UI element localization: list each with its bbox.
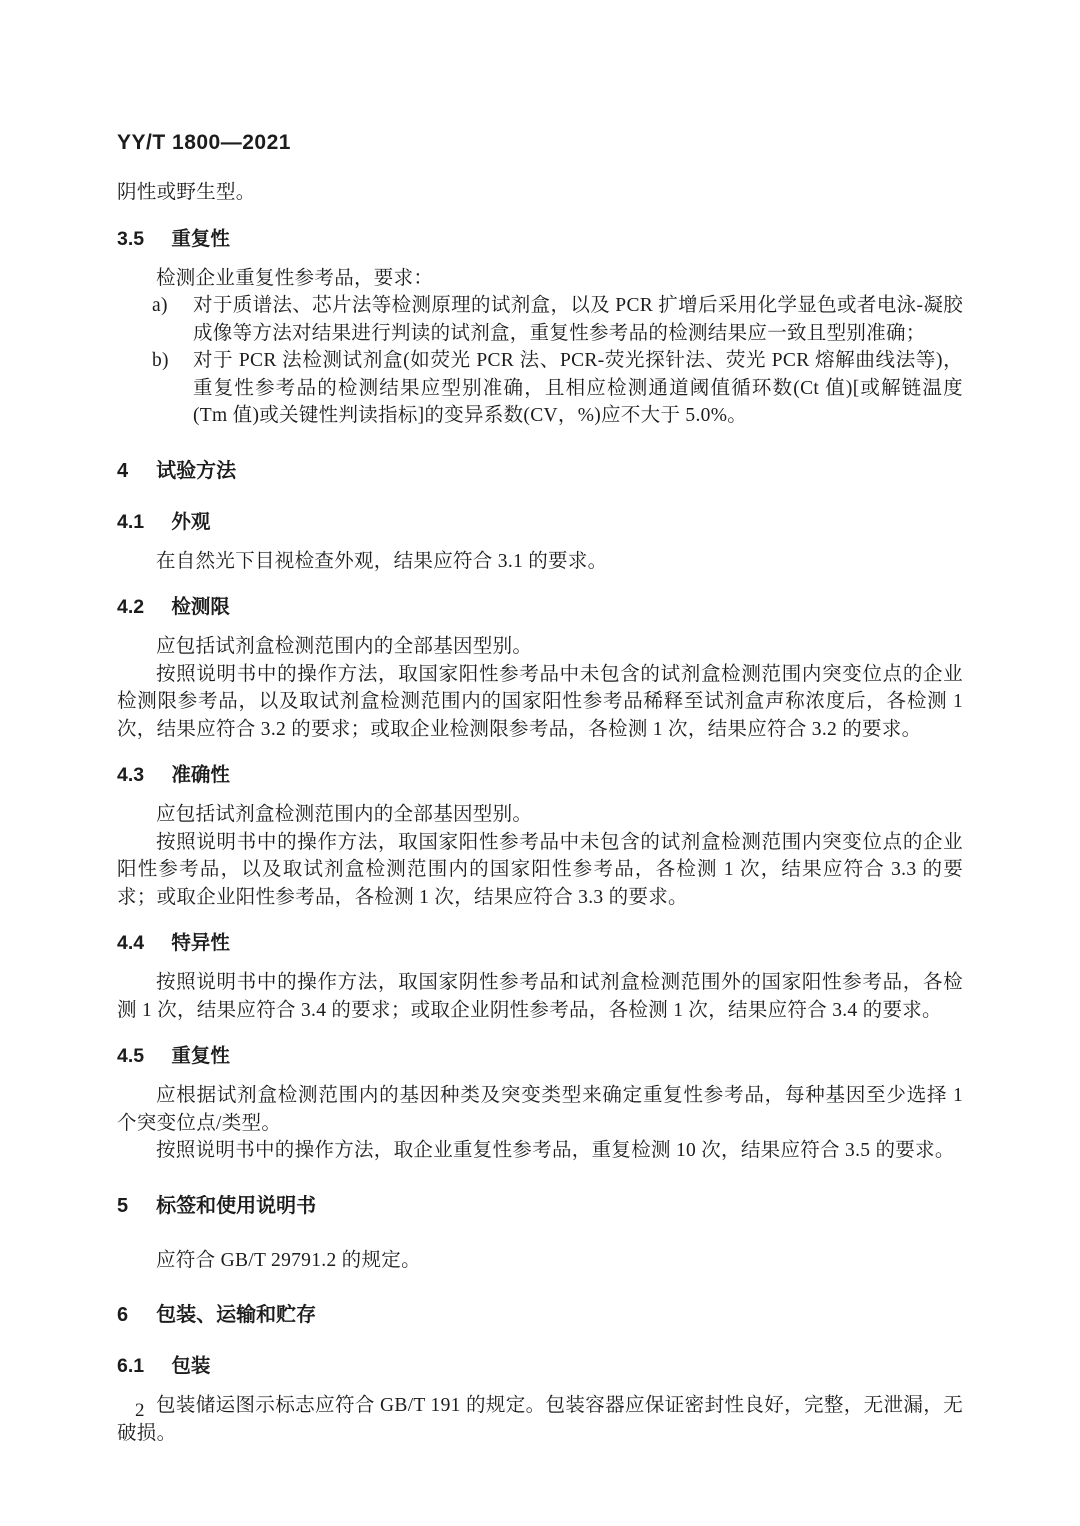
heading-title: 检测限	[171, 596, 230, 618]
chapter-heading-4: 4试验方法	[117, 460, 963, 482]
list-text: 对于质谱法、芯片法等检测原理的试剂盒，以及 PCR 扩增后采用化学显色或者电泳-…	[193, 295, 963, 344]
paragraph: 检测企业重复性参考品，要求：	[117, 265, 963, 293]
heading-number: 6.1	[117, 1356, 144, 1376]
heading-title: 试验方法	[156, 460, 236, 482]
list-text: 对于 PCR 法检测试剂盒(如荧光 PCR 法、PCR-荧光探针法、荧光 PCR…	[193, 350, 963, 426]
paragraph: 应包括试剂盒检测范围内的全部基因型别。	[117, 633, 963, 661]
clause-heading-6-1: 6.1包装	[117, 1356, 963, 1376]
paragraph: 在自然光下目视检查外观，结果应符合 3.1 的要求。	[117, 548, 963, 576]
paragraph: 应根据试剂盒检测范围内的基因种类及突变类型来确定重复性参考品，每种基因至少选择 …	[117, 1082, 963, 1137]
continued-paragraph: 阴性或野生型。	[117, 179, 963, 207]
chapter-heading-6: 6包装、运输和贮存	[117, 1304, 963, 1326]
heading-number: 4.3	[117, 765, 144, 785]
document-page: YY/T 1800—2021 阴性或野生型。 3.5重复性 检测企业重复性参考品…	[0, 0, 1080, 1526]
heading-title: 外观	[171, 511, 210, 533]
heading-title: 准确性	[171, 764, 230, 786]
paragraph: 应符合 GB/T 29791.2 的规定。	[117, 1247, 963, 1275]
list-marker: b)	[152, 347, 169, 375]
heading-number: 3.5	[117, 229, 144, 249]
paragraph: 按照说明书中的操作方法，取企业重复性参考品，重复检测 10 次，结果应符合 3.…	[117, 1137, 963, 1165]
clause-heading-4-3: 4.3准确性	[117, 765, 963, 785]
clause-heading-4-4: 4.4特异性	[117, 933, 963, 953]
list-item-a: a)对于质谱法、芯片法等检测原理的试剂盒，以及 PCR 扩增后采用化学显色或者电…	[117, 292, 963, 347]
heading-number: 4.5	[117, 1046, 144, 1066]
heading-number: 4	[117, 460, 128, 482]
heading-number: 5	[117, 1195, 128, 1217]
clause-heading-4-2: 4.2检测限	[117, 597, 963, 617]
page-content: YY/T 1800—2021 阴性或野生型。 3.5重复性 检测企业重复性参考品…	[117, 131, 963, 1447]
heading-title: 包装、运输和贮存	[156, 1304, 316, 1326]
running-header: YY/T 1800—2021	[117, 131, 963, 155]
heading-number: 6	[117, 1304, 128, 1326]
paragraph: 按照说明书中的操作方法，取国家阳性参考品中未包含的试剂盒检测范围内突变位点的企业…	[117, 829, 963, 912]
paragraph: 按照说明书中的操作方法，取国家阳性参考品中未包含的试剂盒检测范围内突变位点的企业…	[117, 661, 963, 744]
paragraph: 包装储运图示标志应符合 GB/T 191 的规定。包装容器应保证密封性良好，完整…	[117, 1392, 963, 1447]
heading-title: 标签和使用说明书	[156, 1195, 316, 1217]
heading-title: 重复性	[171, 228, 230, 250]
paragraph: 按照说明书中的操作方法，取国家阴性参考品和试剂盒检测范围外的国家阳性参考品，各检…	[117, 969, 963, 1024]
clause-heading-4-5: 4.5重复性	[117, 1046, 963, 1066]
heading-title: 重复性	[171, 1045, 230, 1067]
heading-number: 4.4	[117, 933, 144, 953]
heading-title: 特异性	[171, 932, 230, 954]
clause-heading-4-1: 4.1外观	[117, 512, 963, 532]
heading-title: 包装	[171, 1355, 210, 1377]
clause-heading-3-5: 3.5重复性	[117, 229, 963, 249]
page-number: 2	[135, 1400, 145, 1422]
list-item-b: b)对于 PCR 法检测试剂盒(如荧光 PCR 法、PCR-荧光探针法、荧光 P…	[117, 347, 963, 430]
heading-number: 4.2	[117, 597, 144, 617]
heading-number: 4.1	[117, 512, 144, 532]
list-marker: a)	[152, 292, 168, 320]
paragraph: 应包括试剂盒检测范围内的全部基因型别。	[117, 801, 963, 829]
chapter-heading-5: 5标签和使用说明书	[117, 1195, 963, 1217]
